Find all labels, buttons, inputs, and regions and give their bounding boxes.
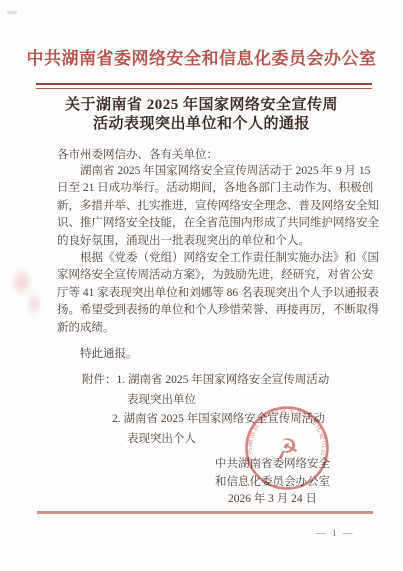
letterhead-divider [36, 83, 372, 89]
signature-date: 2026 年 3 月 24 日 [190, 491, 355, 509]
text-line: 新，多措并举、扎实推进，宣传网络安全理念、普及网络安全知 [57, 198, 357, 215]
scan-corner-mark [7, 11, 17, 14]
letterhead-org-name: 中共湖南省委网络安全和信息化委员会办公室 [0, 44, 403, 69]
footer-divider [37, 511, 373, 514]
document-title: 关于湖南省 2025 年国家网络安全宣传周活动表现突出单位和个人的通报 [0, 96, 403, 134]
text-line: 扬。希望受到表扬的单位和个人珍惜荣誉、再接再厉，不断取得 [57, 302, 357, 319]
page-number: — 1 — [316, 529, 355, 539]
attachment-line-1: 附件：1. 湖南省 2025 年国家网络安全宣传周活动 [82, 371, 329, 391]
scan-smudge [4, 262, 50, 324]
text-line: 的良好氛围，涌现出一批表现突出的单位和个人。 [57, 233, 357, 250]
text-line: 日至 21 日成功举行。活动期间，各地各部门主动作为、积极创 [57, 180, 357, 197]
attachment-line-3: 2. 湖南省 2025 年国家网络安全宣传周活动 [82, 410, 329, 430]
attachment-line-4: 表现突出个人 [82, 430, 329, 450]
document-page: 中共湖南省委网络安全和信息化委员会办公室 关于湖南省 2025 年国家网络安全宣… [0, 0, 403, 571]
text-line: 湖南省 2025 年国家网络安全宣传周活动于 2025 年 9 月 15 [57, 163, 357, 180]
title-line: 关于湖南省 2025 年国家网络安全宣传周 [0, 96, 403, 115]
text-line: 根据《党委（党组）网络安全工作责任制实施办法》和《国 [57, 250, 357, 267]
attachments-block: 附件：1. 湖南省 2025 年国家网络安全宣传周活动 表现突出单位 2. 湖南… [82, 371, 329, 449]
signature-org-line-1: 中共湖南省委网络安全 [190, 456, 355, 474]
paragraph-2: 根据《党委（党组）网络安全工作责任制实施办法》和《国家网络安全宣传周活动方案》，… [57, 250, 357, 337]
text-line: 识、推广网络安全技能，在全省范围内形成了共同维护网络安全 [57, 215, 357, 232]
signature-org-line-2: 和信息化委员会办公室 [190, 474, 355, 492]
signature-block: 中共湖南省委网络安全 和信息化委员会办公室 2026 年 3 月 24 日 [190, 456, 355, 509]
salutation: 各市州委网信办、各有关单位： [57, 146, 218, 162]
text-line: 家网络安全宣传周活动方案》，为鼓励先进，经研究，对省公安 [57, 267, 357, 284]
text-line: 新的成绩。 [57, 320, 357, 337]
paragraph-1: 湖南省 2025 年国家网络安全宣传周活动于 2025 年 9 月 15日至 2… [57, 163, 357, 250]
text-line: 厅等 41 家表现突出单位和刘娜等 86 名表现突出个人予以通报表 [57, 285, 357, 302]
title-line: 活动表现突出单位和个人的通报 [0, 115, 403, 134]
closing-line: 特此通报。 [57, 345, 357, 361]
attachment-line-2: 表现突出单位 [82, 391, 329, 411]
